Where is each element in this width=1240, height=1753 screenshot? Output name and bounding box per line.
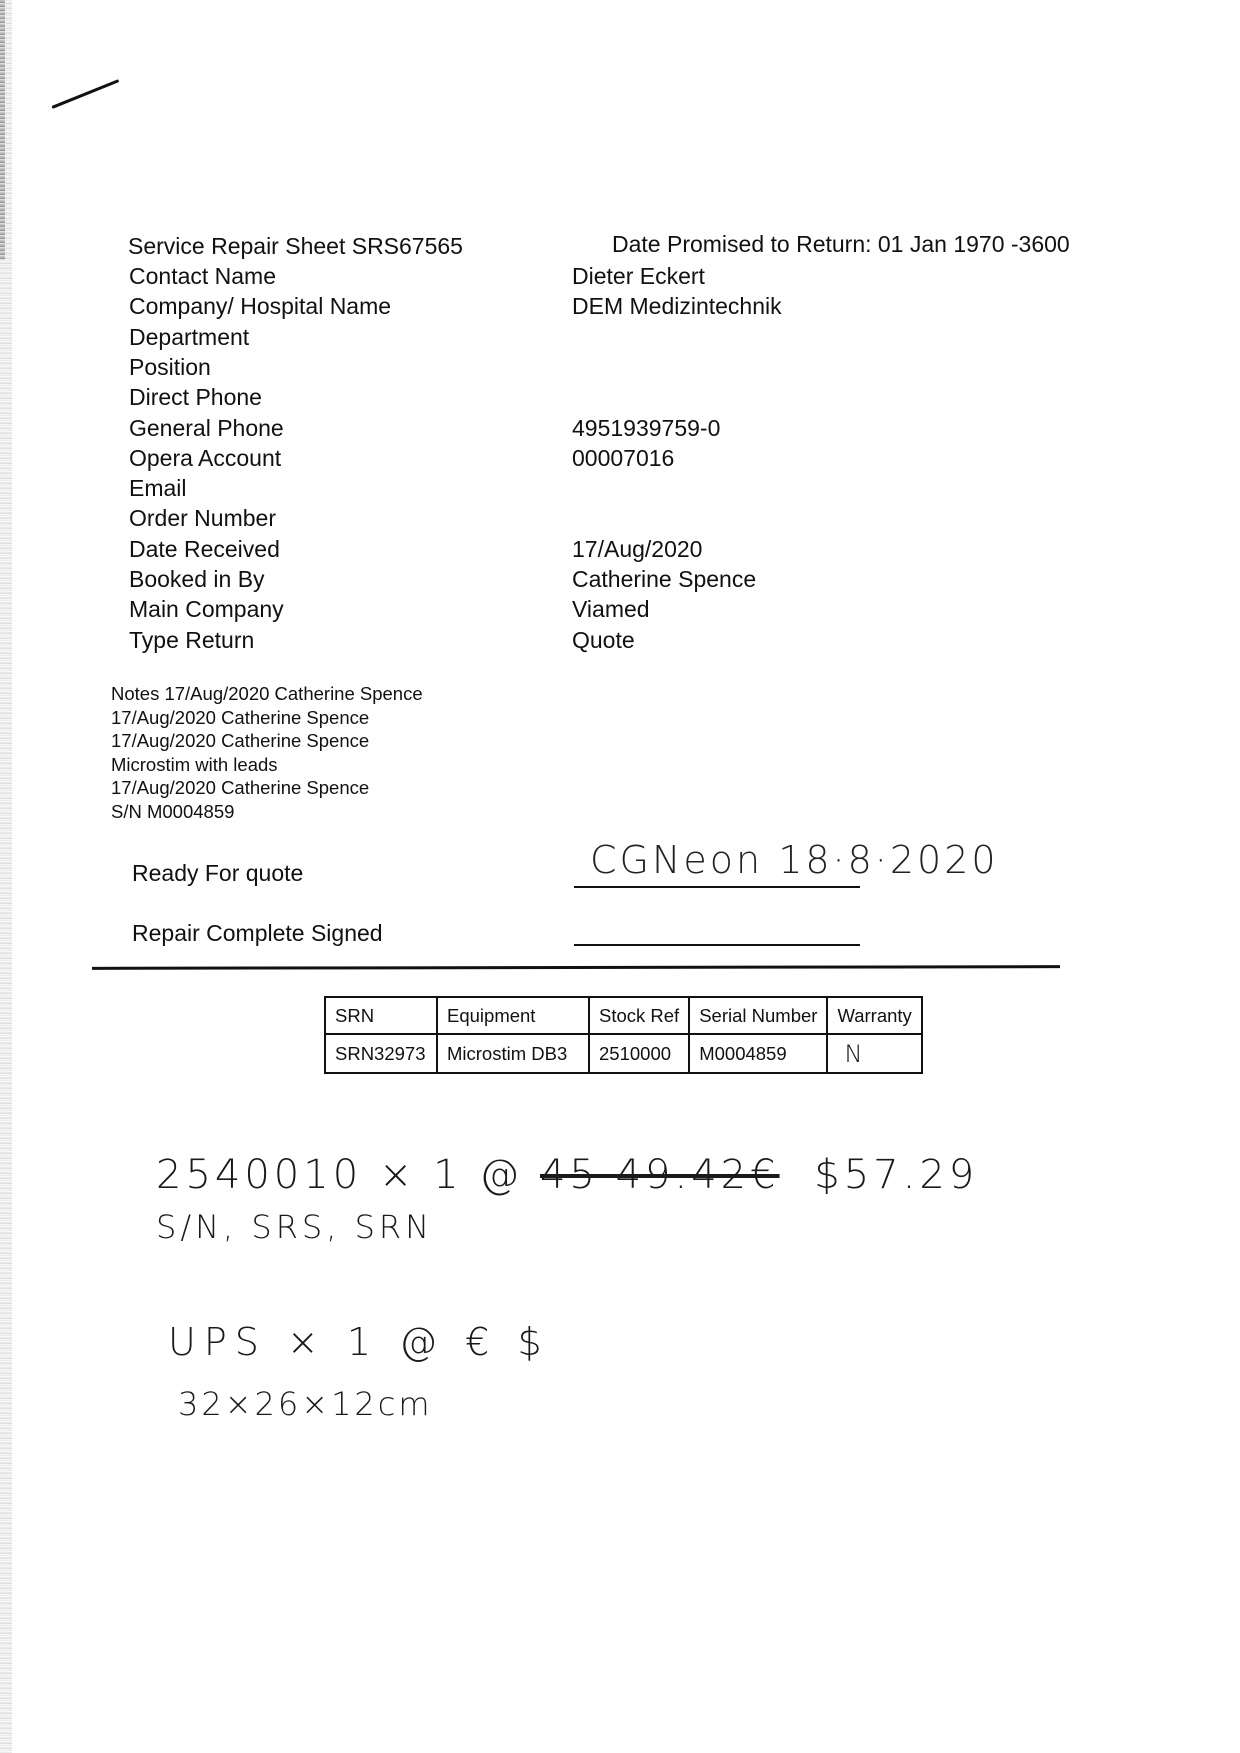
- handwritten-part-number: 2540010 × 1 @: [156, 1152, 523, 1198]
- field-value: 00007016: [572, 443, 674, 473]
- note-line: 17/Aug/2020 Catherine Spence: [111, 706, 423, 730]
- field-value: Catherine Spence: [572, 564, 756, 594]
- cell-serial-number: M0004859: [689, 1034, 827, 1073]
- scan-edge-dark: [0, 0, 5, 260]
- equipment-table: SRN Equipment Stock Ref Serial Number Wa…: [324, 996, 923, 1074]
- field-label: Order Number: [129, 503, 276, 533]
- field-value: 17/Aug/2020: [572, 534, 702, 564]
- handwritten-line-1: 2540010 × 1 @ 45 49.42€ $57.29: [156, 1152, 978, 1198]
- ready-for-quote-label: Ready For quote: [132, 860, 303, 887]
- date-promised: Date Promised to Return: 01 Jan 1970 -36…: [612, 229, 1070, 259]
- pen-mark: [51, 79, 119, 109]
- field-label: Type Return: [129, 625, 254, 655]
- field-value: Viamed: [572, 594, 650, 624]
- handwritten-line-2: S/N, SRS, SRN: [156, 1208, 433, 1246]
- cell-stock-ref: 2510000: [589, 1034, 689, 1073]
- field-label: Direct Phone: [129, 382, 262, 412]
- cell-equipment: Microstim DB3: [437, 1034, 589, 1073]
- ready-signature-line: [574, 886, 860, 888]
- field-value: 4951939759-0: [572, 413, 720, 443]
- cell-srn: SRN32973: [325, 1034, 437, 1073]
- handwritten-line-3: UPS × 1 @ € $: [168, 1320, 550, 1364]
- handwritten-price: $57.29: [814, 1152, 978, 1198]
- table-row: SRN32973 Microstim DB3 2510000 M0004859 …: [325, 1034, 922, 1073]
- cell-warranty: N: [827, 1034, 921, 1073]
- repair-complete-label: Repair Complete Signed: [132, 920, 383, 947]
- field-label: Opera Account: [129, 443, 281, 473]
- field-label: Contact Name: [129, 261, 276, 291]
- handwritten-struck-price: 45 49.42€: [540, 1152, 780, 1198]
- scan-edge: [0, 0, 12, 1753]
- ready-for-quote-signature: CGNeon 18·8·2020: [590, 838, 999, 882]
- sheet-title: Service Repair Sheet SRS67565: [128, 231, 463, 261]
- handwritten-line-4: 32×26×12cm: [178, 1385, 433, 1423]
- field-label: Main Company: [129, 594, 284, 624]
- note-line: Microstim with leads: [111, 753, 423, 777]
- field-label: Date Received: [129, 534, 280, 564]
- col-equipment: Equipment: [437, 997, 589, 1034]
- note-line: Notes 17/Aug/2020 Catherine Spence: [111, 682, 423, 706]
- repair-complete-signature-line: [574, 944, 860, 946]
- field-label: Email: [129, 473, 187, 503]
- col-serial-number: Serial Number: [689, 997, 827, 1034]
- note-line: 17/Aug/2020 Catherine Spence: [111, 729, 423, 753]
- field-label: Position: [129, 352, 211, 382]
- field-value: DEM Medizintechnik: [572, 291, 782, 321]
- table-header-row: SRN Equipment Stock Ref Serial Number Wa…: [325, 997, 922, 1034]
- field-label: Department: [129, 322, 249, 352]
- note-line: 17/Aug/2020 Catherine Spence: [111, 776, 423, 800]
- field-value: Dieter Eckert: [572, 261, 705, 291]
- field-value: Quote: [572, 625, 635, 655]
- col-warranty: Warranty: [827, 997, 921, 1034]
- section-divider: [92, 965, 1060, 970]
- field-label: Booked in By: [129, 564, 265, 594]
- field-label: General Phone: [129, 413, 284, 443]
- field-label: Company/ Hospital Name: [129, 291, 391, 321]
- col-stock-ref: Stock Ref: [589, 997, 689, 1034]
- col-srn: SRN: [325, 997, 437, 1034]
- notes-block: Notes 17/Aug/2020 Catherine Spence 17/Au…: [111, 682, 423, 823]
- note-line: S/N M0004859: [111, 800, 423, 824]
